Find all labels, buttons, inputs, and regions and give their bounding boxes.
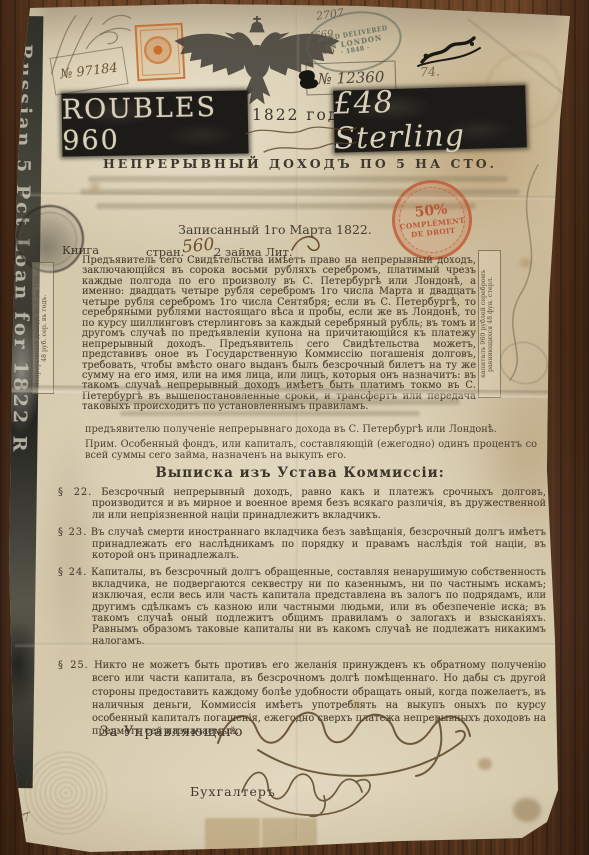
clause-24: § 24. Капиталы, въ безсрочный долгъ обра… (58, 567, 546, 647)
clause-24-text: Капиталы, въ безсрочный долгъ обращенные… (91, 567, 546, 646)
clause-24-number: § 24. (58, 567, 87, 578)
roubles-plaque-text: ROUBLES 960 (61, 91, 248, 156)
clause-23-text: Въ случаѣ смерти иностраннаго вкладчика … (91, 527, 546, 561)
stamp-ring (396, 184, 469, 257)
subtitle-heading: НЕПРЕРЫВНЫЙ ДОХОДЪ ПО 5 НА СТО. (70, 156, 530, 171)
note-paragraph: Прим. Особенный фондъ, или капиталъ, сос… (85, 439, 537, 461)
left-margin-note: Непрерывный доходъ по 5 на 100 — 48 руб.… (32, 262, 54, 394)
accountant-signature (228, 752, 378, 824)
clause-23: § 23. Въ случаѣ смерти иностраннаго вкла… (58, 527, 546, 561)
clause-22-text: Безсрочный непрерывный доходъ, равно как… (92, 487, 546, 521)
ink-blot (293, 66, 324, 95)
serial-handwritten: № 97184 (59, 60, 118, 82)
pencil-number: 466 (316, 45, 336, 57)
page-value-handwritten: 560 (181, 235, 215, 258)
main-paragraph: Предъявитель сего Свидѣтельства имѣетъ п… (82, 256, 476, 413)
loan-letter-flourish (288, 232, 330, 256)
clause-25-number: § 25. (58, 660, 89, 671)
clause-22: § 22. Безсрочный непрерывный доходъ, рав… (58, 487, 546, 521)
spine-newspaper-strip: Russian 5 Pct Loan for 1822 R (0, 16, 43, 788)
recorded-line: Записанный 1го Марта 1822. (150, 222, 400, 237)
photo-of-bond-on-wood-table: { "spine": { "label": "Russian 5 Pct Loa… (0, 0, 589, 855)
page-ref-note: 74. (420, 63, 441, 79)
faded-text-line (120, 411, 420, 416)
continuation-line: предъявителю полученіе непрерывнаго дохо… (85, 424, 525, 435)
clause-22-number: § 22. (58, 487, 92, 498)
clause-23-number: § 23. (58, 527, 87, 538)
faded-text-line (100, 399, 460, 405)
extract-heading: Выписка изъ Устава Коммиссіи: (60, 465, 540, 481)
fox-spot (513, 798, 541, 822)
roubles-plaque: ROUBLES 960 (61, 90, 248, 156)
corner-scribble (0, 806, 40, 832)
pencil-flourish (468, 155, 568, 390)
bond-paper-sheet: Russian 5 Pct Loan for 1822 R № 97184 (0, 0, 589, 855)
